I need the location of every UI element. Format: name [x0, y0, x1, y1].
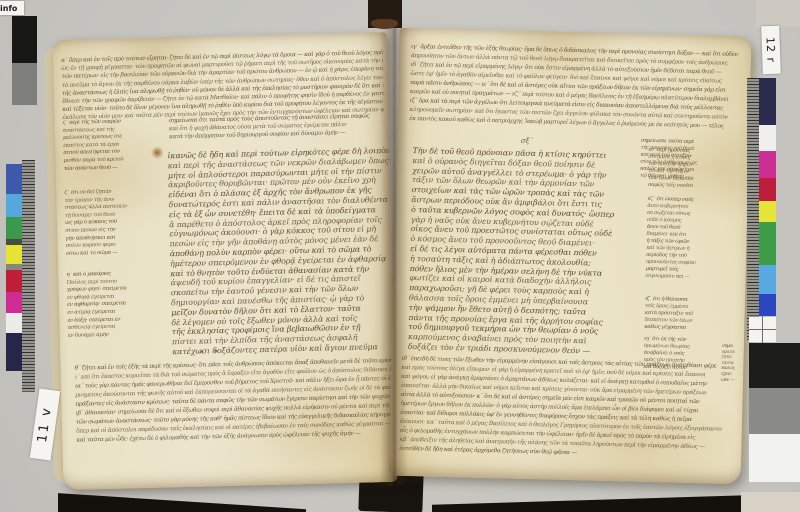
registration-crosshair [749, 317, 776, 342]
photo-background: α΄ ὅπερ καὶ ἐν τοῖς πρὸ τούτων εἴρηται· … [0, 0, 800, 512]
right-main-text: Τὴν δὲ τοῦ θεοῦ πρόνοιαν πᾶσα ἡ κτίσις κ… [408, 146, 637, 356]
left-end-marks: · * * [186, 348, 246, 359]
right-top-scholia: ιγ΄ ἄρξαι ἐντεῦθεν τῆς τῶν ἑξῆς θεωρίας·… [409, 42, 743, 132]
calibration-black-patch-right [749, 343, 800, 388]
color-bar-left [6, 164, 22, 371]
calibration-white-patch-right [749, 434, 800, 482]
calibration-beige-patch-right-bottom [741, 492, 800, 512]
left-margin-block-2: ζ΄ ὅτι οὐ δεῖ ζητεῖντὸν τρόπον τῆς ἀνα-σ… [64, 187, 168, 258]
right-margin-group-1: ιε΄ περὶ προνοίαςὅτι πᾶσα ἡ κτίσιςτὸν πο… [648, 147, 745, 192]
left-bottom-scholia: θ΄ ζήτει καὶ ἐν τοῖς ἑξῆς τὰ περὶ τῆς κρ… [74, 356, 397, 446]
left-main-text: ἱκανῶς δὲ ἤδη καὶ περὶ τούτων εἰρηκότες … [167, 146, 397, 357]
manuscript-page-right: ιγ΄ ἄρξαι ἐντεῦθεν τῆς τῶν ἑξῆς θεωρίας·… [389, 28, 752, 484]
info-label: info [0, 1, 24, 15]
right-bottom-scholia: ιθ΄ ἐπειδὴ δέ τινες τῶν ἔξωθεν τὴν εἱμαρ… [399, 354, 735, 462]
calibration-black-patch-left [12, 16, 37, 63]
right-header-mark: σξ΄ [521, 137, 561, 148]
calibration-gray-patch-right [749, 388, 800, 434]
right-margin-group-2: ιϚ΄ ὅτι ὥσπερ ναῦςἄνευ κυβερνήτουοὐ σῴζε… [645, 196, 743, 290]
left-mid-note: σημείωσαι ὅτι ταῦτα πρὸς τοὺς ἀπιστοῦντα… [168, 112, 373, 142]
calibration-beige-patch-right-top [756, 0, 800, 27]
left-margin-block-1: ϛ΄ περὶ τῆς τῶν νεκρῶνἀναστάσεως καὶ τῆς… [63, 117, 166, 173]
bottom-shadow-right [432, 493, 746, 512]
ruler-right [747, 78, 759, 340]
right-margin-group-3: ιζ΄ ὅτι ἡ θάλασσατοῖς ὅροις ἐμμένεικατὰ … [644, 296, 741, 334]
calibration-gray-patch-left [12, 63, 37, 105]
color-bar-right [759, 78, 776, 316]
left-margin-block-3: η΄ καὶ ὁ μακάριοςΠαῦλος περὶ τούτουγράφω… [66, 269, 170, 340]
bottom-shadow-left [58, 489, 306, 512]
ruler-left [22, 160, 35, 392]
folio-label-12r: 12 r [761, 26, 781, 75]
spine-top-leather [371, 19, 398, 29]
manuscript-page-left: α΄ ὅπερ καὶ ἐν τοῖς πρὸ τούτων εἴρηται· … [53, 32, 398, 490]
